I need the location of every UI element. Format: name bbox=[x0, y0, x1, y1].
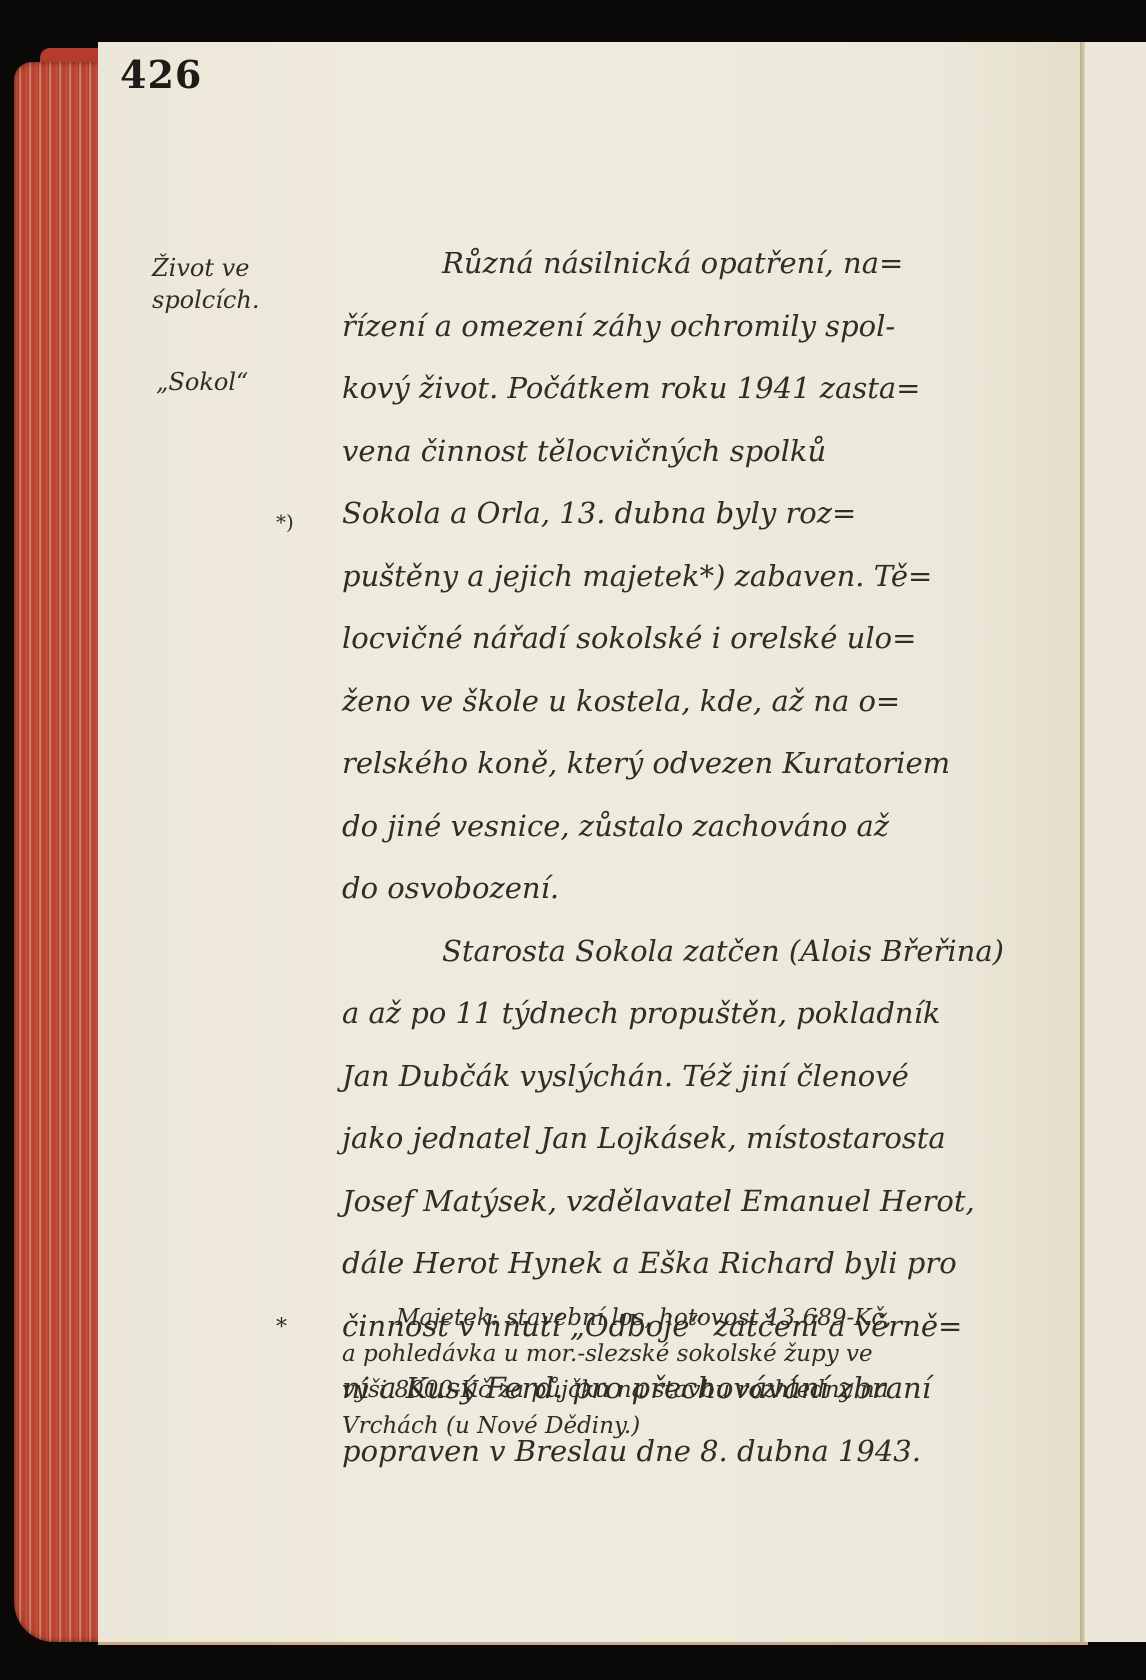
body-line: locvičné nářadí sokolské i orelské ulo= bbox=[342, 607, 1022, 670]
footnote-marker-bottom: * bbox=[276, 1312, 287, 1344]
footnote-line: a pohledávka u mor.-slezské sokolské žup… bbox=[342, 1336, 982, 1372]
book-page-edges bbox=[14, 62, 106, 1642]
body-line: a až po 11 týdnech propuštěn, pokladník bbox=[342, 982, 1022, 1045]
footnote-line: výši 8000-Kč za půjčku na stavbu rozhled… bbox=[342, 1372, 982, 1408]
footnote-marker: *) bbox=[276, 506, 294, 538]
body-line: Sokola a Orla, 13. dubna byly roz= bbox=[342, 482, 1022, 545]
footnote: Majetek: stavební los, hotovost 13.689-K… bbox=[342, 1300, 982, 1444]
footnote-line: Majetek: stavební los, hotovost 13.689-K… bbox=[342, 1300, 982, 1336]
facing-page-edge bbox=[1085, 42, 1146, 1642]
body-line: puštěny a jejich majetek*) zabaven. Tě= bbox=[342, 545, 1022, 608]
body-line: Jan Dubčák vyslýchán. Též jiní členové bbox=[342, 1045, 1022, 1108]
body-line: vena činnost tělocvičných spolků bbox=[342, 420, 1022, 483]
margin-subsection-sokol: „Sokol“ bbox=[156, 366, 248, 398]
footnote-line: Vrchách (u Nové Dědiny.) bbox=[342, 1408, 982, 1444]
margin-section-title: Život ve spolcích. bbox=[152, 252, 292, 316]
page-number: 426 bbox=[120, 52, 202, 97]
body-line: do jiné vesnice, zůstalo zachováno až bbox=[342, 795, 1022, 858]
body-line: dále Herot Hynek a Eška Richard byli pro bbox=[342, 1232, 1022, 1295]
body-line: řízení a omezení záhy ochromily spol- bbox=[342, 295, 1022, 358]
body-line: jako jednatel Jan Lojkásek, místostarost… bbox=[342, 1107, 1022, 1170]
body-line: do osvobození. bbox=[342, 857, 1022, 920]
body-line: Různá násilnická opatření, na= bbox=[342, 232, 1022, 295]
handwritten-body: Různá násilnická opatření, na= řízení a … bbox=[342, 232, 1022, 1482]
body-line: ženo ve škole u kostela, kde, až na o= bbox=[342, 670, 1022, 733]
body-line: Josef Matýsek, vzdělavatel Emanuel Herot… bbox=[342, 1170, 1022, 1233]
body-line: Starosta Sokola zatčen (Alois Břeřina) bbox=[342, 920, 1022, 983]
body-line: kový život. Počátkem roku 1941 zasta= bbox=[342, 357, 1022, 420]
body-line: relského koně, který odvezen Kuratoriem bbox=[342, 732, 1022, 795]
